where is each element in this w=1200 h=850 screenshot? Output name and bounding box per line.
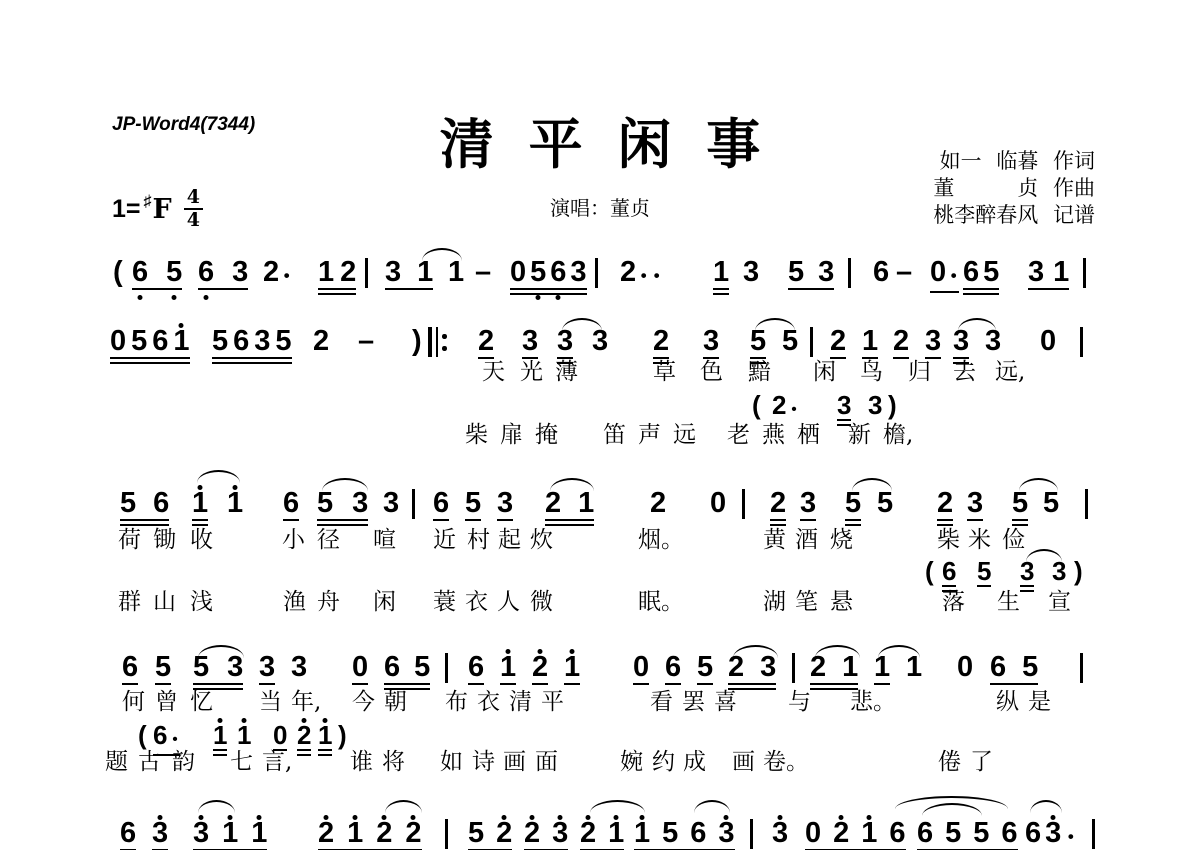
tie-arc bbox=[198, 800, 235, 813]
note-token: 52 bbox=[468, 819, 512, 848]
note-token: 6 bbox=[873, 258, 889, 287]
lyric-char: 如 bbox=[440, 750, 463, 774]
lyric-char: 鸟 bbox=[860, 360, 883, 384]
lyric-char: 米 bbox=[968, 528, 991, 552]
credit-composer: 董 贞 作曲 bbox=[933, 175, 1095, 202]
tie-arc bbox=[322, 478, 368, 491]
lyric-char: 锄 bbox=[153, 528, 176, 552]
note-token: 53 bbox=[788, 258, 834, 287]
tie-arc bbox=[852, 478, 892, 491]
lyric-char: 人 bbox=[497, 590, 520, 614]
lyric-char: 掩 bbox=[535, 423, 558, 447]
lyric-char: 远, bbox=[995, 360, 1025, 384]
key-prefix: 1= bbox=[112, 195, 141, 224]
note-token: 2 bbox=[653, 327, 669, 356]
note-token: 2• bbox=[772, 392, 799, 423]
lyric-char: 画 bbox=[732, 750, 755, 774]
note-token: 2 bbox=[532, 653, 548, 682]
lyric-char: 柴 bbox=[937, 528, 960, 552]
lyric-char: 归 bbox=[908, 360, 931, 384]
note-token: 5 bbox=[750, 327, 766, 356]
lyric-char: 落 bbox=[942, 590, 965, 614]
note-token: 5635 bbox=[212, 327, 292, 356]
note-token: 0563 bbox=[510, 258, 587, 287]
tie-arc bbox=[422, 248, 462, 261]
bracket-paren: – bbox=[358, 327, 374, 356]
lyric-char: 看 bbox=[650, 690, 673, 714]
lyric-char: 题 bbox=[105, 750, 128, 774]
lyric-char: 画 bbox=[503, 750, 526, 774]
lyric-char: 喧 bbox=[373, 528, 396, 552]
time-signature-numerator: 4 bbox=[184, 188, 203, 210]
note-token: 23 bbox=[524, 819, 568, 848]
note-token: 1563 bbox=[634, 819, 735, 848]
note-token: 1 bbox=[713, 258, 729, 287]
note-token: 2 bbox=[313, 327, 329, 356]
lyric-char: 朝 bbox=[384, 690, 407, 714]
lyric-char: 老 bbox=[727, 423, 750, 447]
barline bbox=[750, 819, 753, 849]
lyric-char: 俭 bbox=[1002, 528, 1025, 552]
tie-arc bbox=[878, 645, 920, 658]
barline bbox=[595, 258, 598, 288]
note-token: 5 bbox=[877, 489, 893, 518]
tie-arc bbox=[755, 318, 795, 331]
sheet-music-page: JP-Word4(7344) 清 平 闲 事 演唱：董贞 如一 临暮 作词 董 … bbox=[0, 0, 1200, 850]
note-token: 2122 bbox=[318, 819, 422, 848]
lyric-char: 悬 bbox=[830, 590, 853, 614]
note-token: 12 bbox=[318, 258, 356, 287]
barline bbox=[1092, 819, 1095, 849]
note-token: 65 bbox=[384, 653, 430, 682]
note-token: 31 bbox=[1028, 258, 1069, 287]
note-token: 3 bbox=[592, 327, 608, 356]
note-token: 2 bbox=[893, 327, 909, 356]
lyric-char: 成 bbox=[683, 750, 706, 774]
lyric-char: 檐, bbox=[883, 423, 913, 447]
note-token: 2 bbox=[770, 489, 786, 518]
bracket-paren: ) bbox=[338, 722, 347, 748]
barline bbox=[1083, 258, 1086, 288]
lyric-char: 倦 bbox=[938, 750, 961, 774]
barline bbox=[365, 258, 368, 288]
tie-arc bbox=[694, 800, 730, 813]
note-token: 1 bbox=[318, 722, 332, 748]
lyric-char: 笛 bbox=[603, 423, 626, 447]
note-token: 1 bbox=[227, 489, 243, 518]
note-token: 2 bbox=[297, 722, 311, 748]
bracket-paren: – bbox=[896, 258, 912, 287]
lyric-char: 约 bbox=[652, 750, 675, 774]
note-token: 65 bbox=[963, 258, 999, 287]
lyric-char: 闲 bbox=[373, 590, 396, 614]
note-token: 1 bbox=[862, 327, 878, 356]
note-token: 3 bbox=[497, 489, 513, 518]
note-token: 3 bbox=[291, 653, 307, 682]
tie-arc bbox=[1030, 800, 1062, 813]
lyric-char: 言, bbox=[262, 750, 292, 774]
lyric-char: 宣 bbox=[1048, 590, 1071, 614]
lyric-char: 眠。 bbox=[638, 590, 684, 614]
lyric-char: 烟。 bbox=[638, 528, 684, 552]
barline bbox=[1080, 653, 1083, 683]
tie-arc bbox=[385, 800, 422, 813]
lyric-char: 今 bbox=[352, 690, 375, 714]
tie-arc bbox=[1026, 549, 1062, 562]
tie-arc bbox=[562, 318, 602, 331]
lyric-char: 罢 bbox=[682, 690, 705, 714]
lyric-char: 何 bbox=[122, 690, 145, 714]
note-token: 0• bbox=[930, 258, 959, 290]
lyric-char: 将 bbox=[382, 750, 405, 774]
lyric-char: 天 bbox=[482, 360, 505, 384]
tie-arc bbox=[815, 645, 860, 658]
lyric-char: 笔 bbox=[795, 590, 818, 614]
lyric-char: 曾 bbox=[155, 690, 178, 714]
note-token: 6556 bbox=[917, 819, 1018, 848]
credits-block: 如一 临暮 作词 董 贞 作曲 桃李醉春风 记谱 bbox=[933, 148, 1095, 229]
note-token: 3 bbox=[259, 653, 275, 682]
lyric-char: 衣 bbox=[477, 690, 500, 714]
note-token: 0 bbox=[957, 653, 973, 682]
lyric-char: 谁 bbox=[350, 750, 373, 774]
note-token: 0561 bbox=[110, 327, 190, 356]
lyric-char: 了 bbox=[970, 750, 993, 774]
lyric-char: 喜 bbox=[714, 690, 737, 714]
tie-arc bbox=[1019, 478, 1058, 491]
barline bbox=[412, 489, 415, 519]
lyric-char: 舟 bbox=[317, 590, 340, 614]
tie-arc bbox=[198, 645, 244, 658]
note-token: 56 bbox=[120, 489, 169, 518]
lyric-char: 柴 bbox=[465, 423, 488, 447]
tie-arc bbox=[958, 318, 996, 331]
note-token: 5 bbox=[1043, 489, 1059, 518]
note-token: 63 bbox=[198, 258, 248, 287]
note-token: 0 bbox=[710, 489, 726, 518]
tie-arc bbox=[590, 800, 645, 813]
note-token: 3 bbox=[953, 327, 969, 356]
lyric-char: 新 bbox=[848, 423, 871, 447]
note-token: 6 bbox=[665, 653, 681, 682]
lyric-char: 纵 bbox=[996, 690, 1019, 714]
lyric-char: 忆 bbox=[190, 690, 213, 714]
lyric-char: 色 bbox=[700, 360, 723, 384]
bracket-paren: ( bbox=[138, 722, 147, 748]
lyric-char: 燕 bbox=[762, 423, 785, 447]
note-token: 1 bbox=[448, 258, 464, 287]
note-token: 6 bbox=[942, 558, 956, 584]
repeat-start-sign bbox=[428, 327, 450, 357]
lyric-char: 年, bbox=[291, 690, 321, 714]
note-token: 1 bbox=[237, 722, 251, 748]
note-token: 5 bbox=[697, 653, 713, 682]
barline bbox=[1085, 489, 1088, 519]
time-signature: 4 4 bbox=[184, 188, 203, 230]
note-token: 6 bbox=[122, 653, 138, 682]
lyric-char: 栖 bbox=[797, 423, 820, 447]
lyric-char: 黄 bbox=[763, 528, 786, 552]
note-token: 3 bbox=[772, 819, 788, 848]
lyric-char: 清 bbox=[509, 690, 532, 714]
lyric-char: 湖 bbox=[763, 590, 786, 614]
watermark-text: JP-Word4(7344) bbox=[112, 114, 255, 136]
lyric-char: 群 bbox=[118, 590, 141, 614]
key-signature: 1= ♯ F 4 4 bbox=[112, 188, 203, 230]
tie-arc bbox=[197, 470, 240, 483]
lyric-char: 径 bbox=[317, 528, 340, 552]
note-token: 65 bbox=[132, 258, 182, 287]
lyric-char: 酒 bbox=[795, 528, 818, 552]
lyric-char: 小 bbox=[282, 528, 305, 552]
note-token: 6 bbox=[120, 819, 136, 848]
lyric-char: 韵 bbox=[172, 750, 195, 774]
note-token: 0 bbox=[633, 653, 649, 682]
lyric-char: 蓑 bbox=[433, 590, 456, 614]
note-token: 21 bbox=[545, 489, 594, 518]
lyric-char: 炊 bbox=[530, 528, 553, 552]
note-token: 2•• bbox=[620, 258, 662, 290]
lyric-char: 浅 bbox=[190, 590, 213, 614]
barline bbox=[742, 489, 745, 519]
note-token: 3 bbox=[557, 327, 573, 356]
lyric-char: 光 bbox=[520, 360, 543, 384]
lyric-char: 衣 bbox=[465, 590, 488, 614]
barline bbox=[792, 653, 795, 683]
lyric-char: 渔 bbox=[283, 590, 306, 614]
note-token: 3 bbox=[152, 819, 168, 848]
bracket-paren: ) bbox=[888, 392, 897, 418]
note-token: 65 bbox=[990, 653, 1038, 682]
barline bbox=[848, 258, 851, 288]
note-token: 3 bbox=[800, 489, 816, 518]
lyric-char: 去 bbox=[953, 360, 976, 384]
note-token: 5 bbox=[465, 489, 481, 518]
note-token: 31 bbox=[385, 258, 433, 287]
lyric-char: 山 bbox=[153, 590, 176, 614]
note-token: 311 bbox=[193, 819, 267, 848]
note-token: 3 bbox=[743, 258, 759, 287]
time-signature-denominator: 4 bbox=[187, 210, 200, 230]
note-token: 5 bbox=[845, 489, 861, 518]
tie-arc bbox=[733, 645, 778, 658]
note-token: 2 bbox=[830, 327, 846, 356]
note-token: 0216 bbox=[805, 819, 906, 848]
lyric-char: 收 bbox=[190, 528, 213, 552]
song-title: 清 平 闲 事 bbox=[440, 102, 760, 179]
note-token: 0 bbox=[352, 653, 368, 682]
barline bbox=[810, 327, 813, 357]
note-token: 2 bbox=[478, 327, 494, 356]
note-token: 3 bbox=[383, 489, 399, 518]
bracket-paren: – bbox=[475, 258, 491, 287]
lyric-char: 扉 bbox=[500, 423, 523, 447]
barline bbox=[445, 819, 448, 849]
bracket-paren: ) bbox=[1074, 558, 1083, 584]
lyric-char: 闲 bbox=[813, 360, 836, 384]
credit-transcriber: 桃李醉春风 记谱 bbox=[933, 202, 1095, 229]
lyric-char: 与 bbox=[788, 690, 811, 714]
performer-line: 演唱：董贞 bbox=[550, 192, 650, 221]
lyric-char: 黯 bbox=[748, 360, 771, 384]
lyric-char: 草 bbox=[653, 360, 676, 384]
note-token: 3 bbox=[967, 489, 983, 518]
note-token: 2 bbox=[937, 489, 953, 518]
note-token: 3 bbox=[837, 392, 851, 418]
barline bbox=[1080, 327, 1083, 357]
note-token: 1 bbox=[192, 489, 208, 518]
lyric-char: 悲。 bbox=[850, 690, 896, 714]
note-token: 5 bbox=[1012, 489, 1028, 518]
barline bbox=[445, 653, 448, 683]
note-token: 5 bbox=[782, 327, 798, 356]
note-token: 3 bbox=[522, 327, 538, 356]
note-token: 3 bbox=[985, 327, 1001, 356]
credit-lyricist: 如一 临暮 作词 bbox=[933, 148, 1095, 175]
lyric-char: 古 bbox=[138, 750, 161, 774]
lyric-char: 微 bbox=[530, 590, 553, 614]
lyric-char: 烧 bbox=[830, 528, 853, 552]
note-token: 53 bbox=[317, 489, 368, 518]
note-token: 1 bbox=[500, 653, 516, 682]
note-token: 5 bbox=[155, 653, 171, 682]
lyric-char: 面 bbox=[535, 750, 558, 774]
note-token: 6 bbox=[433, 489, 449, 518]
lyric-char: 声 bbox=[638, 423, 661, 447]
lyric-char: 荷 bbox=[118, 528, 141, 552]
note-token: 6 bbox=[468, 653, 484, 682]
note-token: 3 bbox=[868, 392, 882, 418]
lyric-char: 起 bbox=[498, 528, 521, 552]
lyric-char: 生 bbox=[997, 590, 1020, 614]
lyric-char: 诗 bbox=[472, 750, 495, 774]
note-token: 0 bbox=[273, 722, 287, 748]
key-tonic: F bbox=[153, 194, 172, 225]
note-token: 1 bbox=[564, 653, 580, 682]
tie-arc bbox=[550, 478, 594, 491]
lyric-char: 近 bbox=[433, 528, 456, 552]
lyric-char: 薄 bbox=[555, 360, 578, 384]
bracket-paren: ) bbox=[412, 327, 422, 356]
bracket-paren: ( bbox=[113, 258, 123, 287]
sharp-icon: ♯ bbox=[144, 193, 152, 211]
lyric-char: 是 bbox=[1028, 690, 1051, 714]
note-token: 5 bbox=[977, 558, 991, 584]
lyric-char: 布 bbox=[445, 690, 468, 714]
note-token: 1 bbox=[213, 722, 227, 748]
note-token: 3 bbox=[925, 327, 941, 356]
bracket-paren: ( bbox=[752, 392, 761, 418]
lyric-char: 七 bbox=[230, 750, 253, 774]
note-token: 2 bbox=[650, 489, 666, 518]
lyric-char: 当 bbox=[259, 690, 282, 714]
lyric-char: 远 bbox=[673, 423, 696, 447]
lyric-char: 村 bbox=[467, 528, 490, 552]
note-token: 6 bbox=[283, 489, 299, 518]
note-token: 2• bbox=[263, 258, 292, 290]
note-token: 3 bbox=[703, 327, 719, 356]
bracket-paren: ( bbox=[925, 558, 934, 584]
note-token: 0 bbox=[1040, 327, 1056, 356]
lyric-char: 卷。 bbox=[763, 750, 809, 774]
lyric-char: 婉 bbox=[620, 750, 643, 774]
note-token: 63• bbox=[1025, 819, 1076, 850]
note-token: 21 bbox=[580, 819, 624, 848]
lyric-char: 平 bbox=[541, 690, 564, 714]
